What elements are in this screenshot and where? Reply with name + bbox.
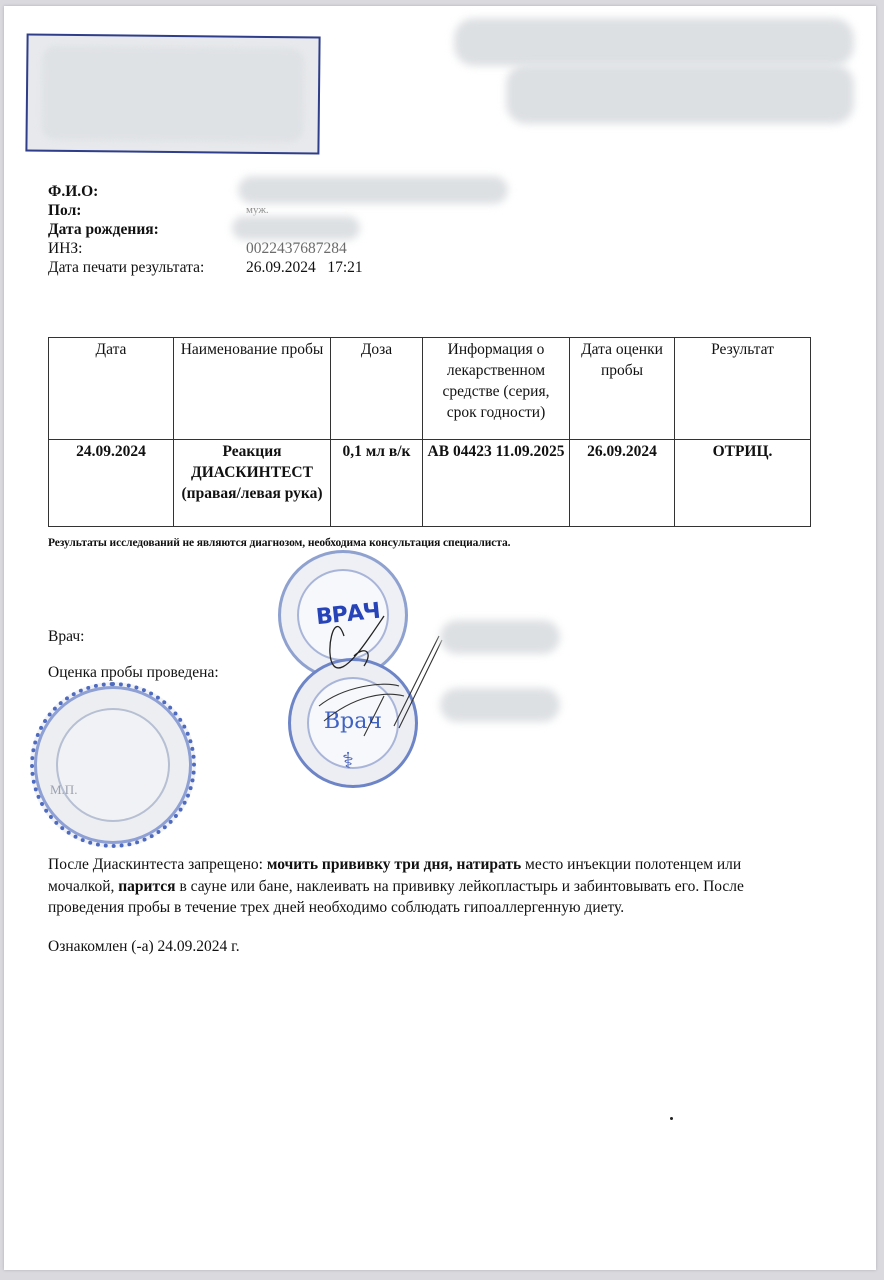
label-birthdate: Дата рождения: (48, 220, 244, 239)
field-print-date: Дата печати результата: 26.09.2024 17:21 (48, 258, 244, 277)
acknowledgement: Ознакомлен (-а) 24.09.2024 г. (48, 938, 240, 956)
header-date: Дата (49, 338, 174, 440)
doctor-label: Врач: (48, 628, 84, 646)
post-test-instructions: После Диаскинтеста запрещено: мочить при… (48, 854, 808, 919)
organization-seal (30, 682, 196, 848)
clinic-address-redacted (506, 64, 854, 124)
header-eval-date: Дата оценки пробы (570, 338, 675, 440)
header-result: Результат (675, 338, 811, 440)
value-inz: 0022437687284 (246, 239, 347, 258)
field-birthdate: Дата рождения: (48, 220, 244, 239)
name-redacted (238, 176, 508, 204)
cell-eval-date: 26.09.2024 (570, 440, 675, 527)
field-sex: Пол: муж. (48, 201, 244, 220)
disclaimer: Результаты исследований не являются диаг… (48, 537, 510, 549)
table-header-row: Дата Наименование пробы Доза Информация … (49, 338, 811, 440)
clinic-header-redacted (454, 18, 854, 66)
field-inz: ИНЗ: 0022437687284 (48, 239, 244, 258)
header-drug-info: Информация о лекарственном средстве (сер… (423, 338, 570, 440)
rules-text-1: После Диаскинтеста запрещено: (48, 856, 267, 873)
label-inz: ИНЗ: (48, 239, 244, 258)
rules-bold-2: парится (118, 878, 175, 895)
label-fio: Ф.И.О: (48, 182, 244, 201)
clinic-logo-redacted (25, 33, 320, 154)
cell-date: 24.09.2024 (49, 440, 174, 527)
field-name: Ф.И.О: (48, 182, 244, 201)
header-test-name: Наименование пробы (174, 338, 331, 440)
signature-scribble (304, 586, 464, 786)
rules-bold-1: мочить прививку три дня, натирать (267, 856, 521, 873)
patient-info: Ф.И.О: Пол: муж. Дата рождения: ИНЗ: 002… (48, 182, 244, 277)
cell-drug-info: АВ 04423 11.09.2025 (423, 440, 570, 527)
doctor-name-redacted (440, 620, 560, 654)
cell-dose: 0,1 мл в/к (331, 440, 423, 527)
speck (670, 1117, 673, 1120)
evaluator-name-redacted (440, 688, 560, 722)
birthdate-redacted (232, 216, 360, 240)
value-print-date: 26.09.2024 17:21 (246, 258, 363, 277)
header-dose: Доза (331, 338, 423, 440)
cell-test-name: Реакция ДИАСКИНТЕСТ (правая/левая рука) (174, 440, 331, 527)
label-print-date: Дата печати результата: (48, 258, 244, 277)
document-page: Ф.И.О: Пол: муж. Дата рождения: ИНЗ: 002… (4, 6, 876, 1270)
evaluation-label: Оценка пробы проведена: (48, 664, 219, 682)
table-row: 24.09.2024 Реакция ДИАСКИНТЕСТ (правая/л… (49, 440, 811, 527)
label-sex: Пол: (48, 201, 244, 220)
cell-result: ОТРИЦ. (675, 440, 811, 527)
seal-label: М.П. (50, 782, 77, 798)
results-table: Дата Наименование пробы Доза Информация … (48, 337, 811, 527)
